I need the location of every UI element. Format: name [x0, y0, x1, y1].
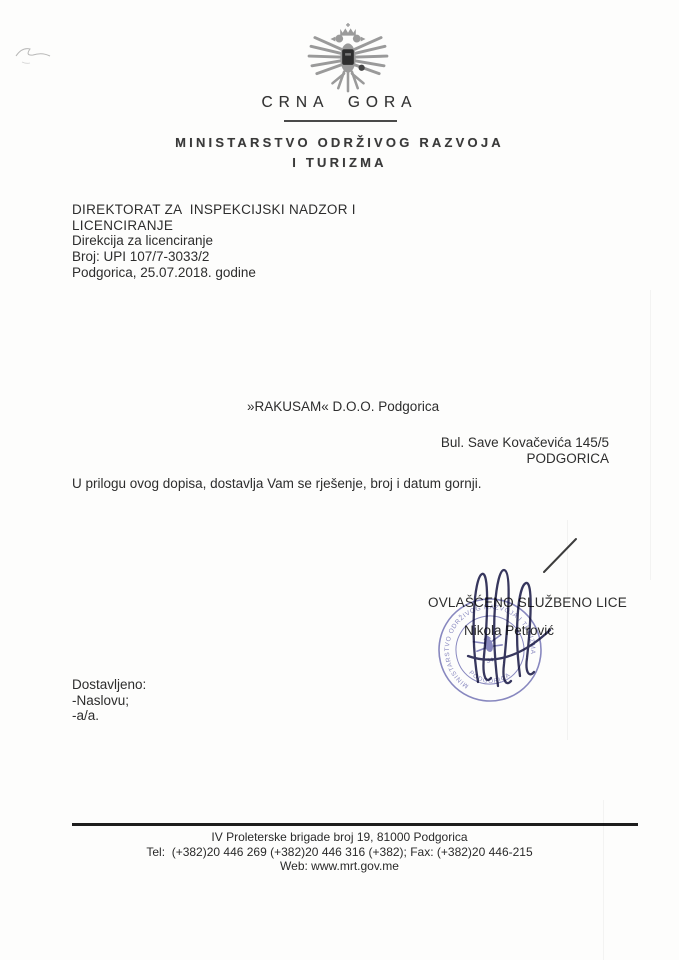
delivery-block: Dostavljeno: -Naslovu; -a/a. — [72, 677, 146, 724]
scan-fold-line — [603, 800, 604, 960]
ministry-name-line1: MINISTARSTVO ODRŽIVOG RAZVOJA — [0, 135, 679, 150]
scan-fold-line — [567, 520, 568, 740]
scanned-letter-page: CRNA GORA MINISTARSTVO ODRŽIVOG RAZVOJA … — [0, 0, 679, 960]
footer-address: IV Proleterske brigade broj 19, 81000 Po… — [0, 830, 679, 845]
directorate-line1: DIREKTORAT ZA INSPEKCIJSKI NADZOR I — [72, 202, 356, 218]
header-divider — [284, 120, 397, 122]
coat-of-arms-icon — [305, 23, 391, 95]
recipient-name: »RAKUSAM« D.O.O. Podgorica — [247, 399, 439, 414]
reference-block: DIREKTORAT ZA INSPEKCIJSKI NADZOR I LICE… — [72, 202, 356, 281]
case-number-line: Broj: UPI 107/7-3033/2 — [72, 249, 356, 265]
directorate-line2: LICENCIRANJE — [72, 218, 356, 234]
delivery-item-aa: -a/a. — [72, 708, 146, 724]
pencil-scribble-mark — [12, 38, 64, 70]
address-street: Bul. Save Kovačevića 145/5 — [441, 435, 609, 451]
country-title: CRNA GORA — [0, 94, 679, 112]
body-paragraph: U prilogu ovog dopisa, dostavlja Vam se … — [72, 476, 481, 491]
scan-fold-line — [650, 290, 651, 580]
ministry-name-line2: I TURIZMA — [0, 155, 679, 170]
footer-divider — [72, 823, 638, 826]
delivery-label: Dostavljeno: — [72, 677, 146, 693]
footer-block: IV Proleterske brigade broj 19, 81000 Po… — [0, 830, 679, 874]
handwritten-signature — [462, 564, 554, 692]
recipient-address: Bul. Save Kovačevića 145/5 PODGORICA — [441, 435, 609, 466]
address-city: PODGORICA — [441, 451, 609, 467]
footer-web: Web: www.mrt.gov.me — [0, 859, 679, 874]
date-line: Podgorica, 25.07.2018. godine — [72, 265, 356, 281]
delivery-item-naslovu: -Naslovu; — [72, 693, 146, 709]
footer-phone: Tel: (+382)20 446 269 (+382)20 446 316 (… — [0, 845, 679, 860]
department-line: Direkcija za licenciranje — [72, 233, 356, 249]
